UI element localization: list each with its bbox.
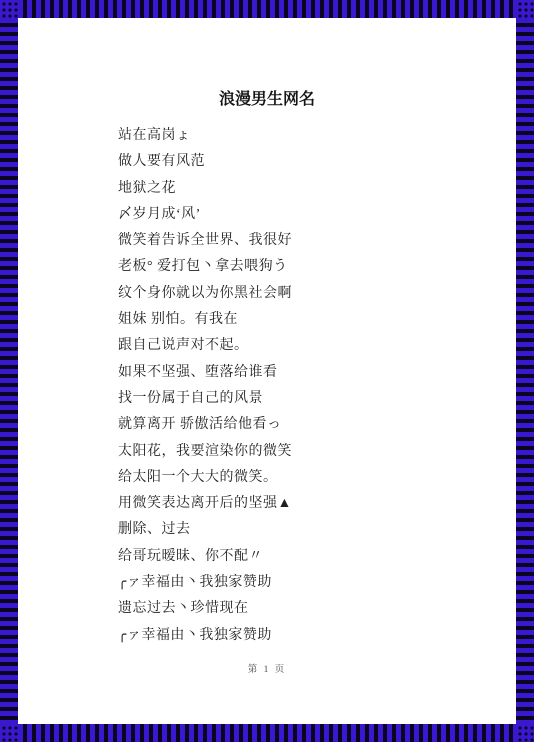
list-item: 给太阳一个大大的微笑。 xyxy=(118,465,516,491)
list-item: 找一份属于自己的风景 xyxy=(118,386,516,412)
border-left-stripes xyxy=(0,18,18,724)
list-item: 用微笑表达离开后的坚强▲ xyxy=(118,491,516,517)
page-title: 浪漫男生网名 xyxy=(18,91,516,109)
list-item: 就算离开 骄傲活给他看っ xyxy=(118,412,516,438)
list-item: 遗忘过去丶珍惜现在 xyxy=(118,596,516,622)
border-corner-bottom-right xyxy=(516,724,534,742)
list-item: 老板° 爱打包丶拿去喂狗う xyxy=(118,254,516,280)
list-item: 做人要有风范 xyxy=(118,149,516,175)
list-item: 地狱之花 xyxy=(118,176,516,202)
border-corner-bottom-left xyxy=(0,724,18,742)
framed-document: 浪漫男生网名 站在高岗ょ 做人要有风范 地狱之花 〆岁月成‘风’ 微笑着告诉全世… xyxy=(0,0,534,742)
border-corner-top-right xyxy=(516,0,534,18)
list-item: 给哥玩暧昧、你不配〃 xyxy=(118,544,516,570)
document-page: 浪漫男生网名 站在高岗ょ 做人要有风范 地狱之花 〆岁月成‘风’ 微笑着告诉全世… xyxy=(18,18,516,724)
page-number: 第 1 页 xyxy=(18,661,516,675)
list-item: 跟自己说声对不起。 xyxy=(118,333,516,359)
list-item: ╭ァ幸福由丶我独家赞助 xyxy=(118,623,516,649)
border-right-stripes xyxy=(516,18,534,724)
list-item: 纹个身你就以为你黑社会啊 xyxy=(118,281,516,307)
list-item: 〆岁月成‘风’ xyxy=(118,202,516,228)
list-item: 微笑着告诉全世界、我很好 xyxy=(118,228,516,254)
name-list: 站在高岗ょ 做人要有风范 地狱之花 〆岁月成‘风’ 微笑着告诉全世界、我很好 老… xyxy=(118,123,516,649)
list-item: ╭ァ幸福由丶我独家赞助 xyxy=(118,570,516,596)
list-item: 如果不坚强、堕落给谁看 xyxy=(118,360,516,386)
list-item: 姐妹 别怕。有我在 xyxy=(118,307,516,333)
list-item: 删除、过去 xyxy=(118,517,516,543)
list-item: 太阳花，我要渲染你的微笑 xyxy=(118,439,516,465)
list-item: 站在高岗ょ xyxy=(118,123,516,149)
border-bottom-stripes xyxy=(18,724,516,742)
border-corner-top-left xyxy=(0,0,18,18)
border-top-stripes xyxy=(18,0,516,18)
